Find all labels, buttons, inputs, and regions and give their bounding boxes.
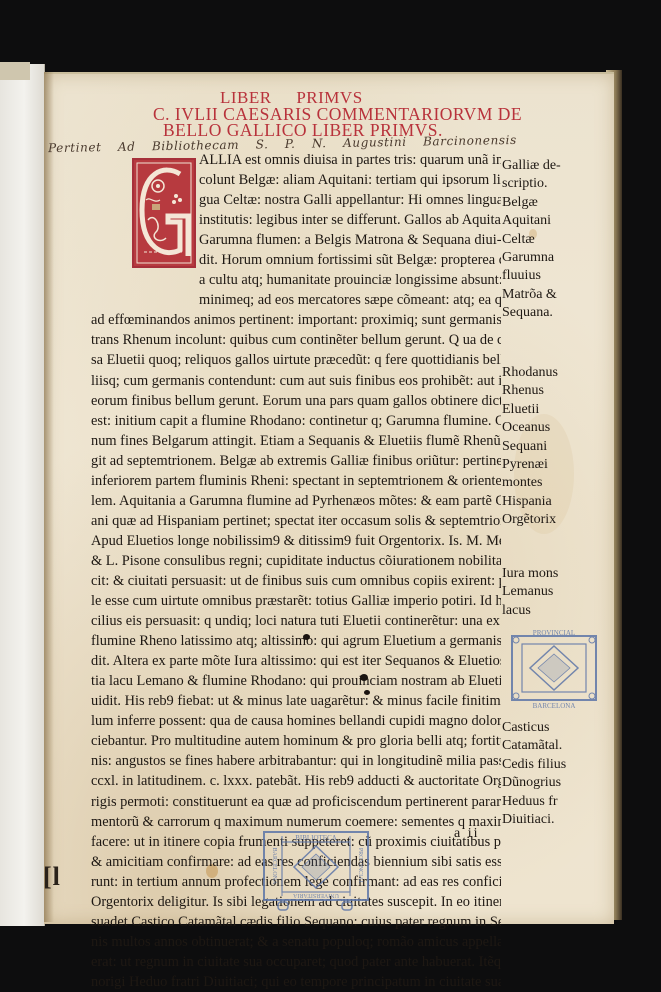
text-line: tia lacu Lemano & flumine Rhodano: qui p… bbox=[91, 671, 501, 691]
text-line: ad effœminandos animos pertinent: import… bbox=[91, 310, 501, 330]
margin-note: Iura mons bbox=[502, 565, 558, 583]
text-line: git ad septemtrionem. Belgæ ab extremis … bbox=[91, 451, 501, 471]
margin-note: Casticus bbox=[502, 719, 566, 737]
margin-note: Diuitiaci. bbox=[502, 811, 566, 829]
text-line: mentorũ & carrorum q maximum numerum coe… bbox=[91, 812, 501, 832]
svg-text:BIBLIOTECA: BIBLIOTECA bbox=[295, 834, 337, 842]
text-line: gua Celtæ: nostra Galli appellantur: Hi … bbox=[91, 190, 501, 210]
spine-shadow bbox=[44, 72, 54, 922]
text-line: suadet Castico Catamãtal cædis filio Seq… bbox=[91, 912, 501, 932]
svg-text:UNIVERSITARIA: UNIVERSITARIA bbox=[292, 892, 339, 898]
text-line: num fines Belgarum attingit. Etiam a Seq… bbox=[91, 431, 501, 451]
margin-note: Cedis filius bbox=[502, 756, 566, 774]
text-line: ALLIA est omnis diuisa in partes tris: q… bbox=[91, 150, 501, 170]
margin-note: Aquitani bbox=[502, 212, 561, 230]
text-line: eorum finibus bellum gerunt. Eorum una p… bbox=[91, 391, 501, 411]
text-line: erat: ut regnum in ciuitate sua occupare… bbox=[91, 952, 501, 972]
text-line: norigi Heduo fratri Diuitiaci; qui eo te… bbox=[91, 972, 501, 992]
margin-note: Rhenus bbox=[502, 382, 558, 400]
text-line: ccxl. in latitudinem. c. lxxx. patebãt. … bbox=[91, 771, 501, 791]
margin-note: Rhodanus bbox=[502, 364, 558, 382]
margin-notes-1: Galliæ de- scriptio. Belgæ Aquitani Celt… bbox=[502, 157, 561, 323]
svg-text:BARCELONA: BARCELONA bbox=[533, 702, 576, 710]
text-line: colunt Belgæ: aliam Aquitani: tertiam qu… bbox=[91, 170, 501, 190]
flyleaf bbox=[0, 64, 45, 926]
margin-note: lacus bbox=[502, 602, 558, 620]
margin-notes-2: Rhodanus Rhenus Eluetii Oceanus Sequani … bbox=[502, 364, 558, 530]
signature-mark: a ii bbox=[454, 826, 480, 842]
text-line: uidit. His reb9 fiebat: ut & minus late … bbox=[91, 691, 501, 711]
library-stamp-icon: PROVINCIAL BARCELONA bbox=[508, 628, 600, 710]
margin-note: Celtæ bbox=[502, 231, 561, 249]
library-stamp-right: PROVINCIAL BARCELONA bbox=[508, 628, 600, 710]
margin-note: Sequani bbox=[502, 438, 558, 456]
text-line: nis multos annos obtinuerat; & a senatu … bbox=[91, 932, 501, 952]
text-line: Garumna flumen: a Belgis Matrona & Sequa… bbox=[91, 230, 501, 250]
text-line: sa Eluetii quoq; reliquos gallos uirtute… bbox=[91, 350, 501, 370]
margin-note: Lemanus bbox=[502, 583, 558, 601]
text-line: minimeq; ad eos mercatores sæpe cõmeant:… bbox=[91, 290, 501, 310]
text-line: dit. Altera ex parte mõte Iura altissimo… bbox=[91, 651, 501, 671]
text-line: cilius eis persuasit: q undiq; loci natu… bbox=[91, 611, 501, 631]
margin-note: Dũnogrius bbox=[502, 774, 566, 792]
ink-blot bbox=[303, 634, 310, 640]
margin-note: Pyrenæi bbox=[502, 456, 558, 474]
text-line: dit. Horum omnium fortissimi sũt Belgæ: … bbox=[91, 250, 501, 270]
gutter-mark: [l bbox=[43, 862, 61, 892]
margin-note: Matrõa & bbox=[502, 286, 561, 304]
svg-text:PROVINCIAL: PROVINCIAL bbox=[357, 848, 363, 885]
text-line: Apud Eluetios longe nobilissim9 & ditiss… bbox=[91, 531, 501, 551]
margin-note: Orgẽtorix bbox=[502, 511, 558, 529]
margin-note: Galliæ de- bbox=[502, 157, 561, 175]
margin-note: Heduus fr bbox=[502, 793, 566, 811]
margin-note: Garumna bbox=[502, 249, 561, 267]
scan-scene: LIBER PRIMVS C. IVLII CAESARIS COMMENTAR… bbox=[0, 0, 661, 992]
margin-note: fluuius bbox=[502, 267, 561, 285]
text-line: inferiorem partem fluminis Rheni: specta… bbox=[91, 471, 501, 491]
text-line: institutis: legibus inter se differunt. … bbox=[91, 210, 501, 230]
text-line: lem. Aquitania a Garumna flumine ad Pyrh… bbox=[91, 491, 501, 511]
text-line: le esse cum uirtute omnibus præstarẽt: t… bbox=[91, 591, 501, 611]
margin-notes-3: Iura mons Lemanus lacus bbox=[502, 565, 558, 620]
text-line: flumine Rheno latissimo atq; altissimo: … bbox=[91, 631, 501, 651]
svg-text:PROVINCIAL: PROVINCIAL bbox=[533, 629, 575, 637]
text-line: a cultu atq; humanitate prouinciæ longis… bbox=[91, 270, 501, 290]
flyleaf-tab bbox=[0, 62, 30, 80]
text-line: est: initium capit a flumine Rhodano: co… bbox=[91, 411, 501, 431]
text-line: rigis permoti: constituerunt ea quæ ad p… bbox=[91, 792, 501, 812]
text-line: lum inferre possent: qua de causa homine… bbox=[91, 711, 501, 731]
text-line: cit: & ciuitati persuasit: ut de finibus… bbox=[91, 571, 501, 591]
library-stamp-icon: BIBLIOTECA UNIVERSITARIA BARCELONA PROVI… bbox=[262, 830, 370, 912]
ink-blot bbox=[360, 674, 368, 681]
svg-text:BARCELONA: BARCELONA bbox=[271, 848, 277, 885]
library-stamp-bottom: BIBLIOTECA UNIVERSITARIA BARCELONA PROVI… bbox=[262, 830, 370, 912]
text-line: & L. Pisone consulibus regni; cupiditate… bbox=[91, 551, 501, 571]
text-line: ani quæ ad Hispaniam pertinet; spectat i… bbox=[91, 511, 501, 531]
margin-note: scriptio. bbox=[502, 175, 561, 193]
margin-note: Catamãtal. bbox=[502, 737, 566, 755]
margin-note: Oceanus bbox=[502, 419, 558, 437]
ink-blot bbox=[364, 690, 370, 695]
margin-note: Sequana. bbox=[502, 304, 561, 322]
text-line: trans Rhenum incolunt: quibus cum contin… bbox=[91, 330, 501, 350]
margin-note: Hispania bbox=[502, 493, 558, 511]
margin-note: Eluetii bbox=[502, 401, 558, 419]
text-line: nis: angustos se fines habere arbitraban… bbox=[91, 751, 501, 771]
text-line: ciebantur. Pro multitudine autem hominum… bbox=[91, 731, 501, 751]
text-line: liisq; cum germanis contendunt: cum aut … bbox=[91, 371, 501, 391]
margin-notes-4: Casticus Catamãtal. Cedis filius Dũnogri… bbox=[502, 719, 566, 829]
margin-note: Belgæ bbox=[502, 194, 561, 212]
margin-note: montes bbox=[502, 474, 558, 492]
